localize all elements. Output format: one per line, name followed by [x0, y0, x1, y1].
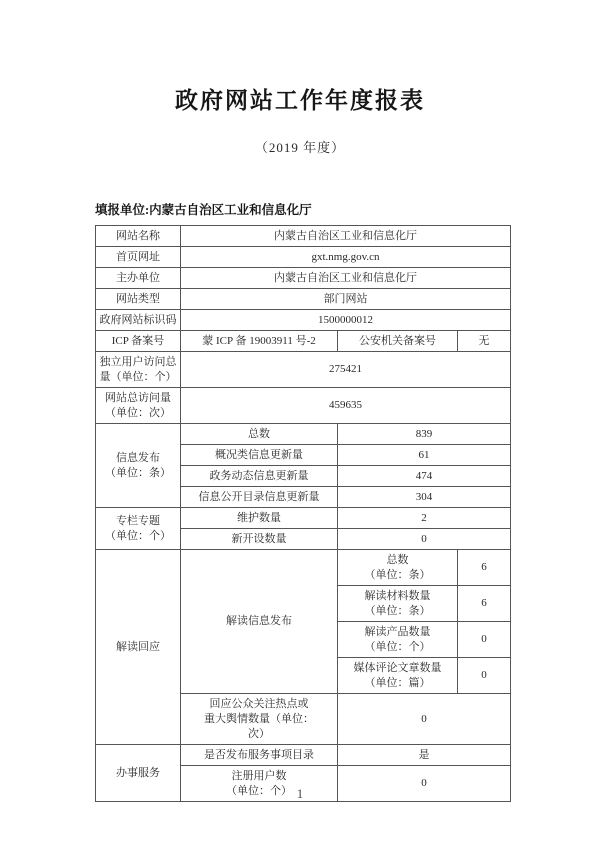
table-row: 主办单位内蒙古自治区工业和信息化厅 [96, 268, 511, 289]
table-value-cell: 蒙 ICP 备 19003911 号-2 [181, 331, 338, 352]
table-row: 政府网站标识码1500000012 [96, 310, 511, 331]
page-subtitle: （2019 年度） [0, 137, 600, 156]
table-label-cell: 专栏专题 （单位：个） [96, 508, 181, 550]
table-label-cell: 主办单位 [96, 268, 181, 289]
table-row: ICP 备案号蒙 ICP 备 19003911 号-2公安机关备案号无 [96, 331, 511, 352]
table-label-cell: 独立用户访问总 量（单位：个） [96, 352, 181, 388]
document-page: 政府网站工作年度报表 （2019 年度） 填报单位:内蒙古自治区工业和信息化厅 … [0, 0, 600, 848]
table-value-cell: 6 [458, 586, 511, 622]
annual-report-table: 网站名称内蒙古自治区工业和信息化厅首页网址gxt.nmg.gov.cn主办单位内… [95, 225, 511, 802]
table-value-cell: 459635 [181, 388, 511, 424]
table-label-cell: 解读信息发布 [181, 550, 338, 694]
table-value-cell: 1500000012 [181, 310, 511, 331]
table-row: 独立用户访问总 量（单位：个）275421 [96, 352, 511, 388]
table-value-cell: 是 [338, 745, 511, 766]
table-label-cell: 媒体评论文章数量 （单位：篇） [338, 658, 458, 694]
reporting-unit-line: 填报单位:内蒙古自治区工业和信息化厅 [95, 200, 600, 218]
table-label-cell: 公安机关备案号 [338, 331, 458, 352]
table-label-cell: 网站名称 [96, 226, 181, 247]
table-row: 首页网址gxt.nmg.gov.cn [96, 247, 511, 268]
table-value-cell: 275421 [181, 352, 511, 388]
table-value-cell: 839 [338, 424, 511, 445]
table-value-cell: 0 [458, 622, 511, 658]
table-value-cell: 0 [338, 529, 511, 550]
table-value-cell: 无 [458, 331, 511, 352]
page-title: 政府网站工作年度报表 [0, 82, 600, 115]
table-label-cell: 信息发布 （单位：条） [96, 424, 181, 508]
table-label-cell: 新开设数量 [181, 529, 338, 550]
table-value-cell: 内蒙古自治区工业和信息化厅 [181, 226, 511, 247]
table-row: 网站名称内蒙古自治区工业和信息化厅 [96, 226, 511, 247]
table-label-cell: 总数 （单位：条） [338, 550, 458, 586]
page-number: 1 [0, 787, 600, 802]
table-value-cell: 6 [458, 550, 511, 586]
table-label-cell: 解读产品数量 （单位：个） [338, 622, 458, 658]
table-value-cell: 2 [338, 508, 511, 529]
table-label-cell: 网站类型 [96, 289, 181, 310]
table-label-cell: 网站总访问量 （单位：次） [96, 388, 181, 424]
table-label-cell: 解读回应 [96, 550, 181, 745]
table-label-cell: 总数 [181, 424, 338, 445]
table-value-cell: 304 [338, 487, 511, 508]
table-label-cell: 解读材料数量 （单位：条） [338, 586, 458, 622]
table-label-cell: 首页网址 [96, 247, 181, 268]
table-row: 信息发布 （单位：条）总数839 [96, 424, 511, 445]
table-label-cell: 是否发布服务事项目录 [181, 745, 338, 766]
table-row: 网站总访问量 （单位：次）459635 [96, 388, 511, 424]
table-value-cell: 0 [458, 658, 511, 694]
table-row: 网站类型部门网站 [96, 289, 511, 310]
table-label-cell: 维护数量 [181, 508, 338, 529]
table-value-cell: 内蒙古自治区工业和信息化厅 [181, 268, 511, 289]
table-row: 解读回应解读信息发布总数 （单位：条）6 [96, 550, 511, 586]
table-label-cell: 信息公开目录信息更新量 [181, 487, 338, 508]
table-value-cell: 61 [338, 445, 511, 466]
table-value-cell: 0 [338, 694, 511, 745]
table-label-cell: 概况类信息更新量 [181, 445, 338, 466]
table-row: 专栏专题 （单位：个）维护数量2 [96, 508, 511, 529]
table-label-cell: 政务动态信息更新量 [181, 466, 338, 487]
table-label-cell: 回应公众关注热点或 重大舆情数量（单位： 次） [181, 694, 338, 745]
table-label-cell: ICP 备案号 [96, 331, 181, 352]
table-row: 办事服务是否发布服务事项目录是 [96, 745, 511, 766]
table-value-cell: 474 [338, 466, 511, 487]
table-value-cell: 部门网站 [181, 289, 511, 310]
table-label-cell: 政府网站标识码 [96, 310, 181, 331]
table-value-cell: gxt.nmg.gov.cn [181, 247, 511, 268]
